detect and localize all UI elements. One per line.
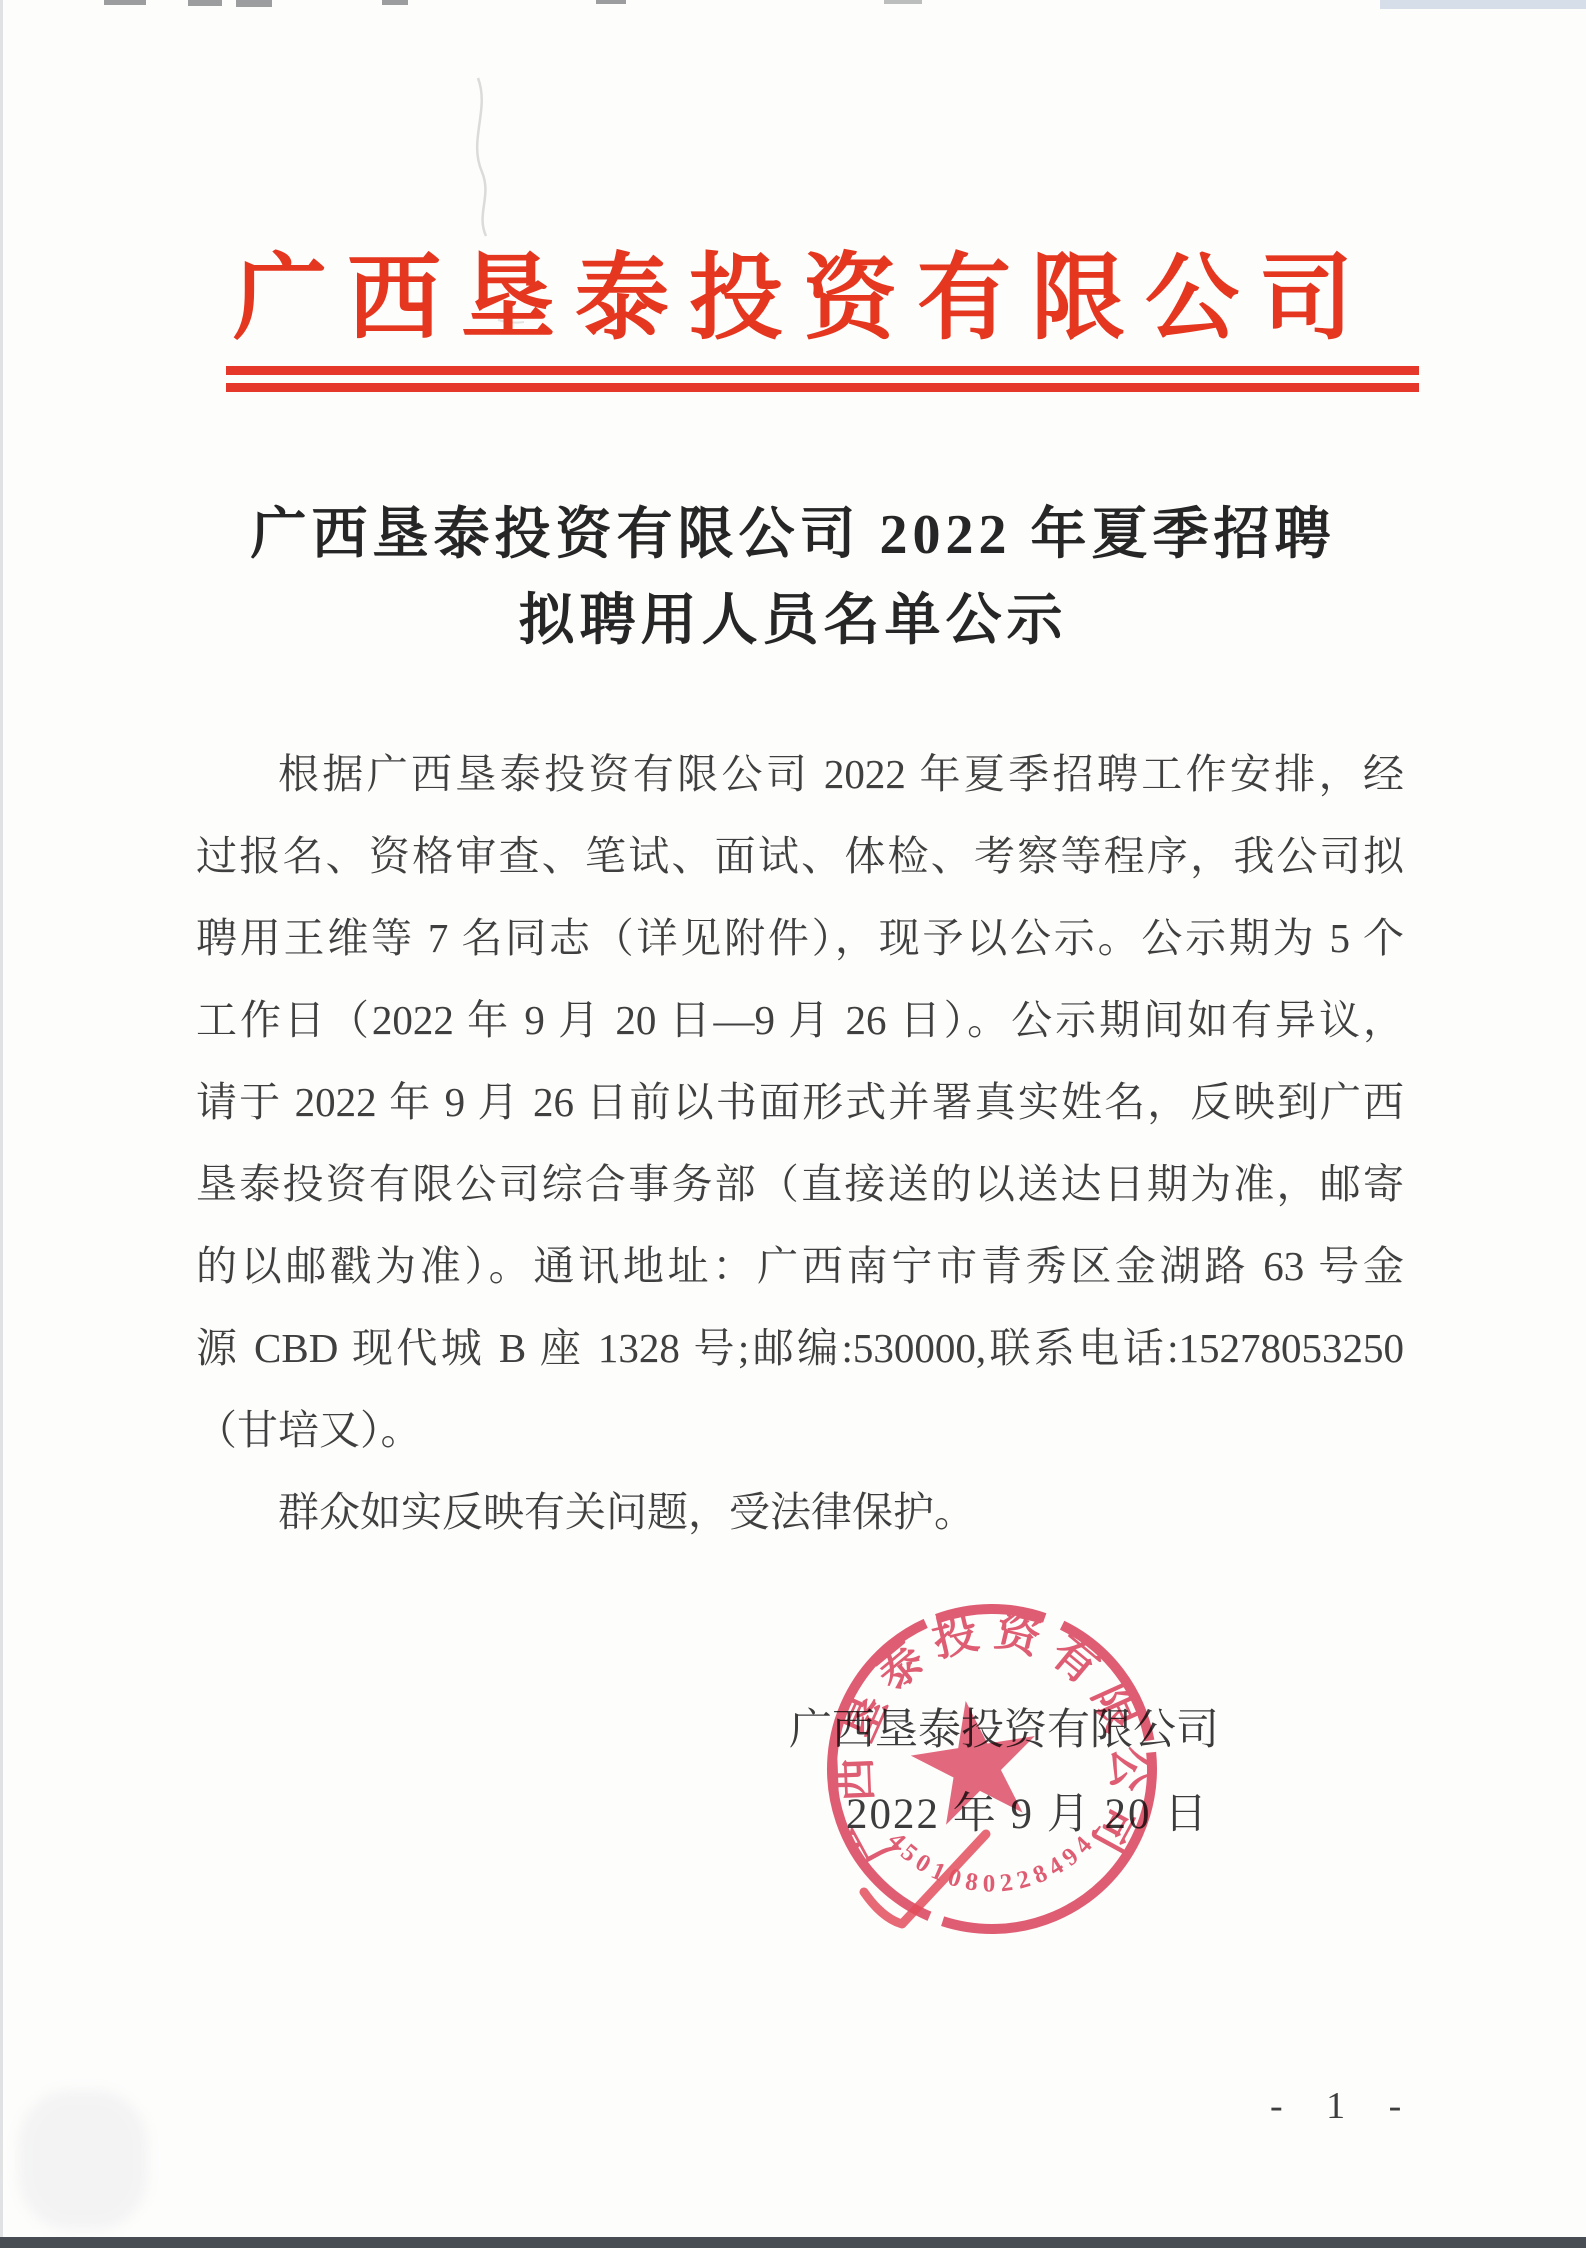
scan-topright-mark (1380, 0, 1586, 9)
seal-serial-text-path: 4501080228494 (882, 1827, 1101, 1897)
scan-speck (596, 0, 626, 4)
seal-company-text: 广西垦泰投资有限公司 (829, 1605, 1155, 1871)
page-number: - 1 - (1270, 2084, 1413, 2128)
body-paragraph-2: 群众如实反映有关问题，受法律保护。 (196, 1471, 1404, 1553)
body-line: 的以邮戳为准）。通讯地址：广西南宁市青秀区金湖路 63 号金 (196, 1225, 1404, 1307)
body-line: 源 CBD 现代城 B 座 1328 号;邮编:530000,联系电话:1527… (196, 1307, 1404, 1389)
body-line: 聘用王维等 7 名同志（详见附件），现予以公示。公示期为 5 个 (196, 897, 1404, 979)
official-seal: 广西垦泰投资有限公司 4501080228494 (816, 1596, 1168, 1948)
scan-bottom-edge (0, 2237, 1586, 2248)
document-title-line2: 拟聘用人员名单公示 (0, 578, 1586, 664)
body-line: 根据广西垦泰投资有限公司 2022 年夏季招聘工作安排，经 (196, 733, 1404, 815)
scan-speck (884, 0, 922, 4)
body-line: 工作日（2022 年 9 月 20 日—9 月 26 日）。公示期间如有异议， (196, 979, 1404, 1061)
body-line: 垦泰投资有限公司综合事务部（直接送的以送达日期为准，邮寄 (196, 1143, 1404, 1225)
scan-speck (382, 0, 408, 5)
letterhead-rule-bottom (226, 383, 1419, 392)
scan-smudge (18, 2090, 148, 2230)
document-title-line1: 广西垦泰投资有限公司 2022 年夏季招聘 (0, 492, 1586, 578)
body-line: 过报名、资格审查、笔试、面试、体检、考察等程序，我公司拟 (196, 815, 1404, 897)
document-title: 广西垦泰投资有限公司 2022 年夏季招聘 拟聘用人员名单公示 (0, 492, 1586, 664)
scan-speck (188, 0, 222, 6)
seal-star (904, 1691, 1047, 1829)
scan-speck (104, 0, 146, 5)
body-text: 根据广西垦泰投资有限公司 2022 年夏季招聘工作安排，经 过报名、资格审查、笔… (196, 733, 1404, 1553)
scan-speck (236, 0, 272, 7)
body-line: （甘培又）。 (196, 1389, 1404, 1471)
seal-serial-number: 4501080228494 (882, 1827, 1101, 1897)
seal-arc-text-path: 广西垦泰投资有限公司 (829, 1605, 1155, 1871)
letterhead-company-name: 广西垦泰投资有限公司 (0, 222, 1586, 357)
body-line: 请于 2022 年 9 月 26 日前以书面形式并署真实姓名，反映到广西 (196, 1061, 1404, 1143)
letterhead-rule-top (226, 366, 1419, 375)
document-page: 广西垦泰投资有限公司 广西垦泰投资有限公司 2022 年夏季招聘 拟聘用人员名单… (0, 0, 1586, 2248)
